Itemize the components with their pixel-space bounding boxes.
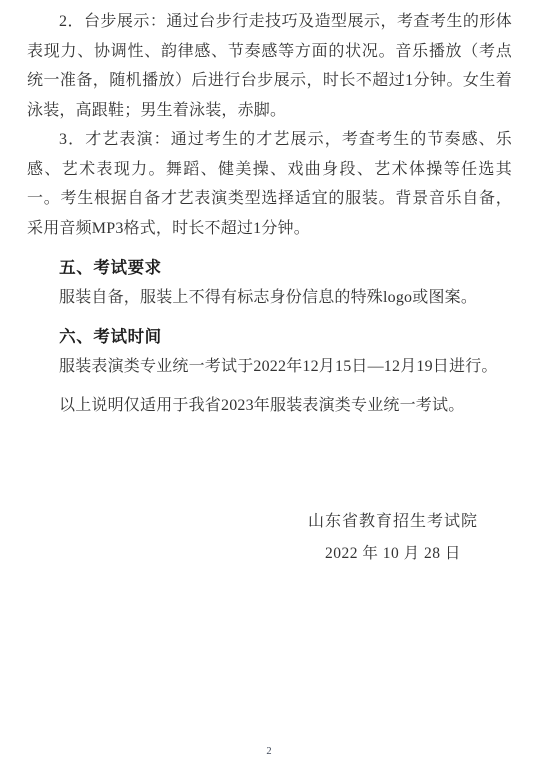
heading-exam-time: 六、考试时间: [27, 322, 512, 352]
document-content: 2．台步展示：通过台步行走技巧及造型展示，考查考生的形体表现力、协调性、韵律感、…: [0, 0, 538, 570]
signature-organization: 山东省教育招生考试院: [308, 506, 478, 538]
paragraph-scope-note: 以上说明仅适用于我省2023年服装表演类专业统一考试。: [27, 391, 512, 421]
paragraph-talent-show: 3．才艺表演：通过考生的才艺展示，考查考生的节奏感、乐感、艺术表现力。舞蹈、健美…: [27, 125, 512, 243]
page-number: 2: [0, 746, 538, 757]
paragraph-clothing-requirement: 服装自备，服装上不得有标志身份信息的特殊logo或图案。: [27, 283, 512, 313]
signature-date: 2022 年 10 月 28 日: [308, 538, 478, 570]
paragraph-runway-display: 2．台步展示：通过台步行走技巧及造型展示，考查考生的形体表现力、协调性、韵律感、…: [27, 7, 512, 125]
document-page: 2．台步展示：通过台步行走技巧及造型展示，考查考生的形体表现力、协调性、韵律感、…: [0, 0, 538, 770]
heading-exam-requirements: 五、考试要求: [27, 253, 512, 283]
signature-block: 山东省教育招生考试院 2022 年 10 月 28 日: [308, 506, 478, 570]
paragraph-exam-date: 服装表演类专业统一考试于2022年12月15日—12月19日进行。: [27, 352, 512, 382]
